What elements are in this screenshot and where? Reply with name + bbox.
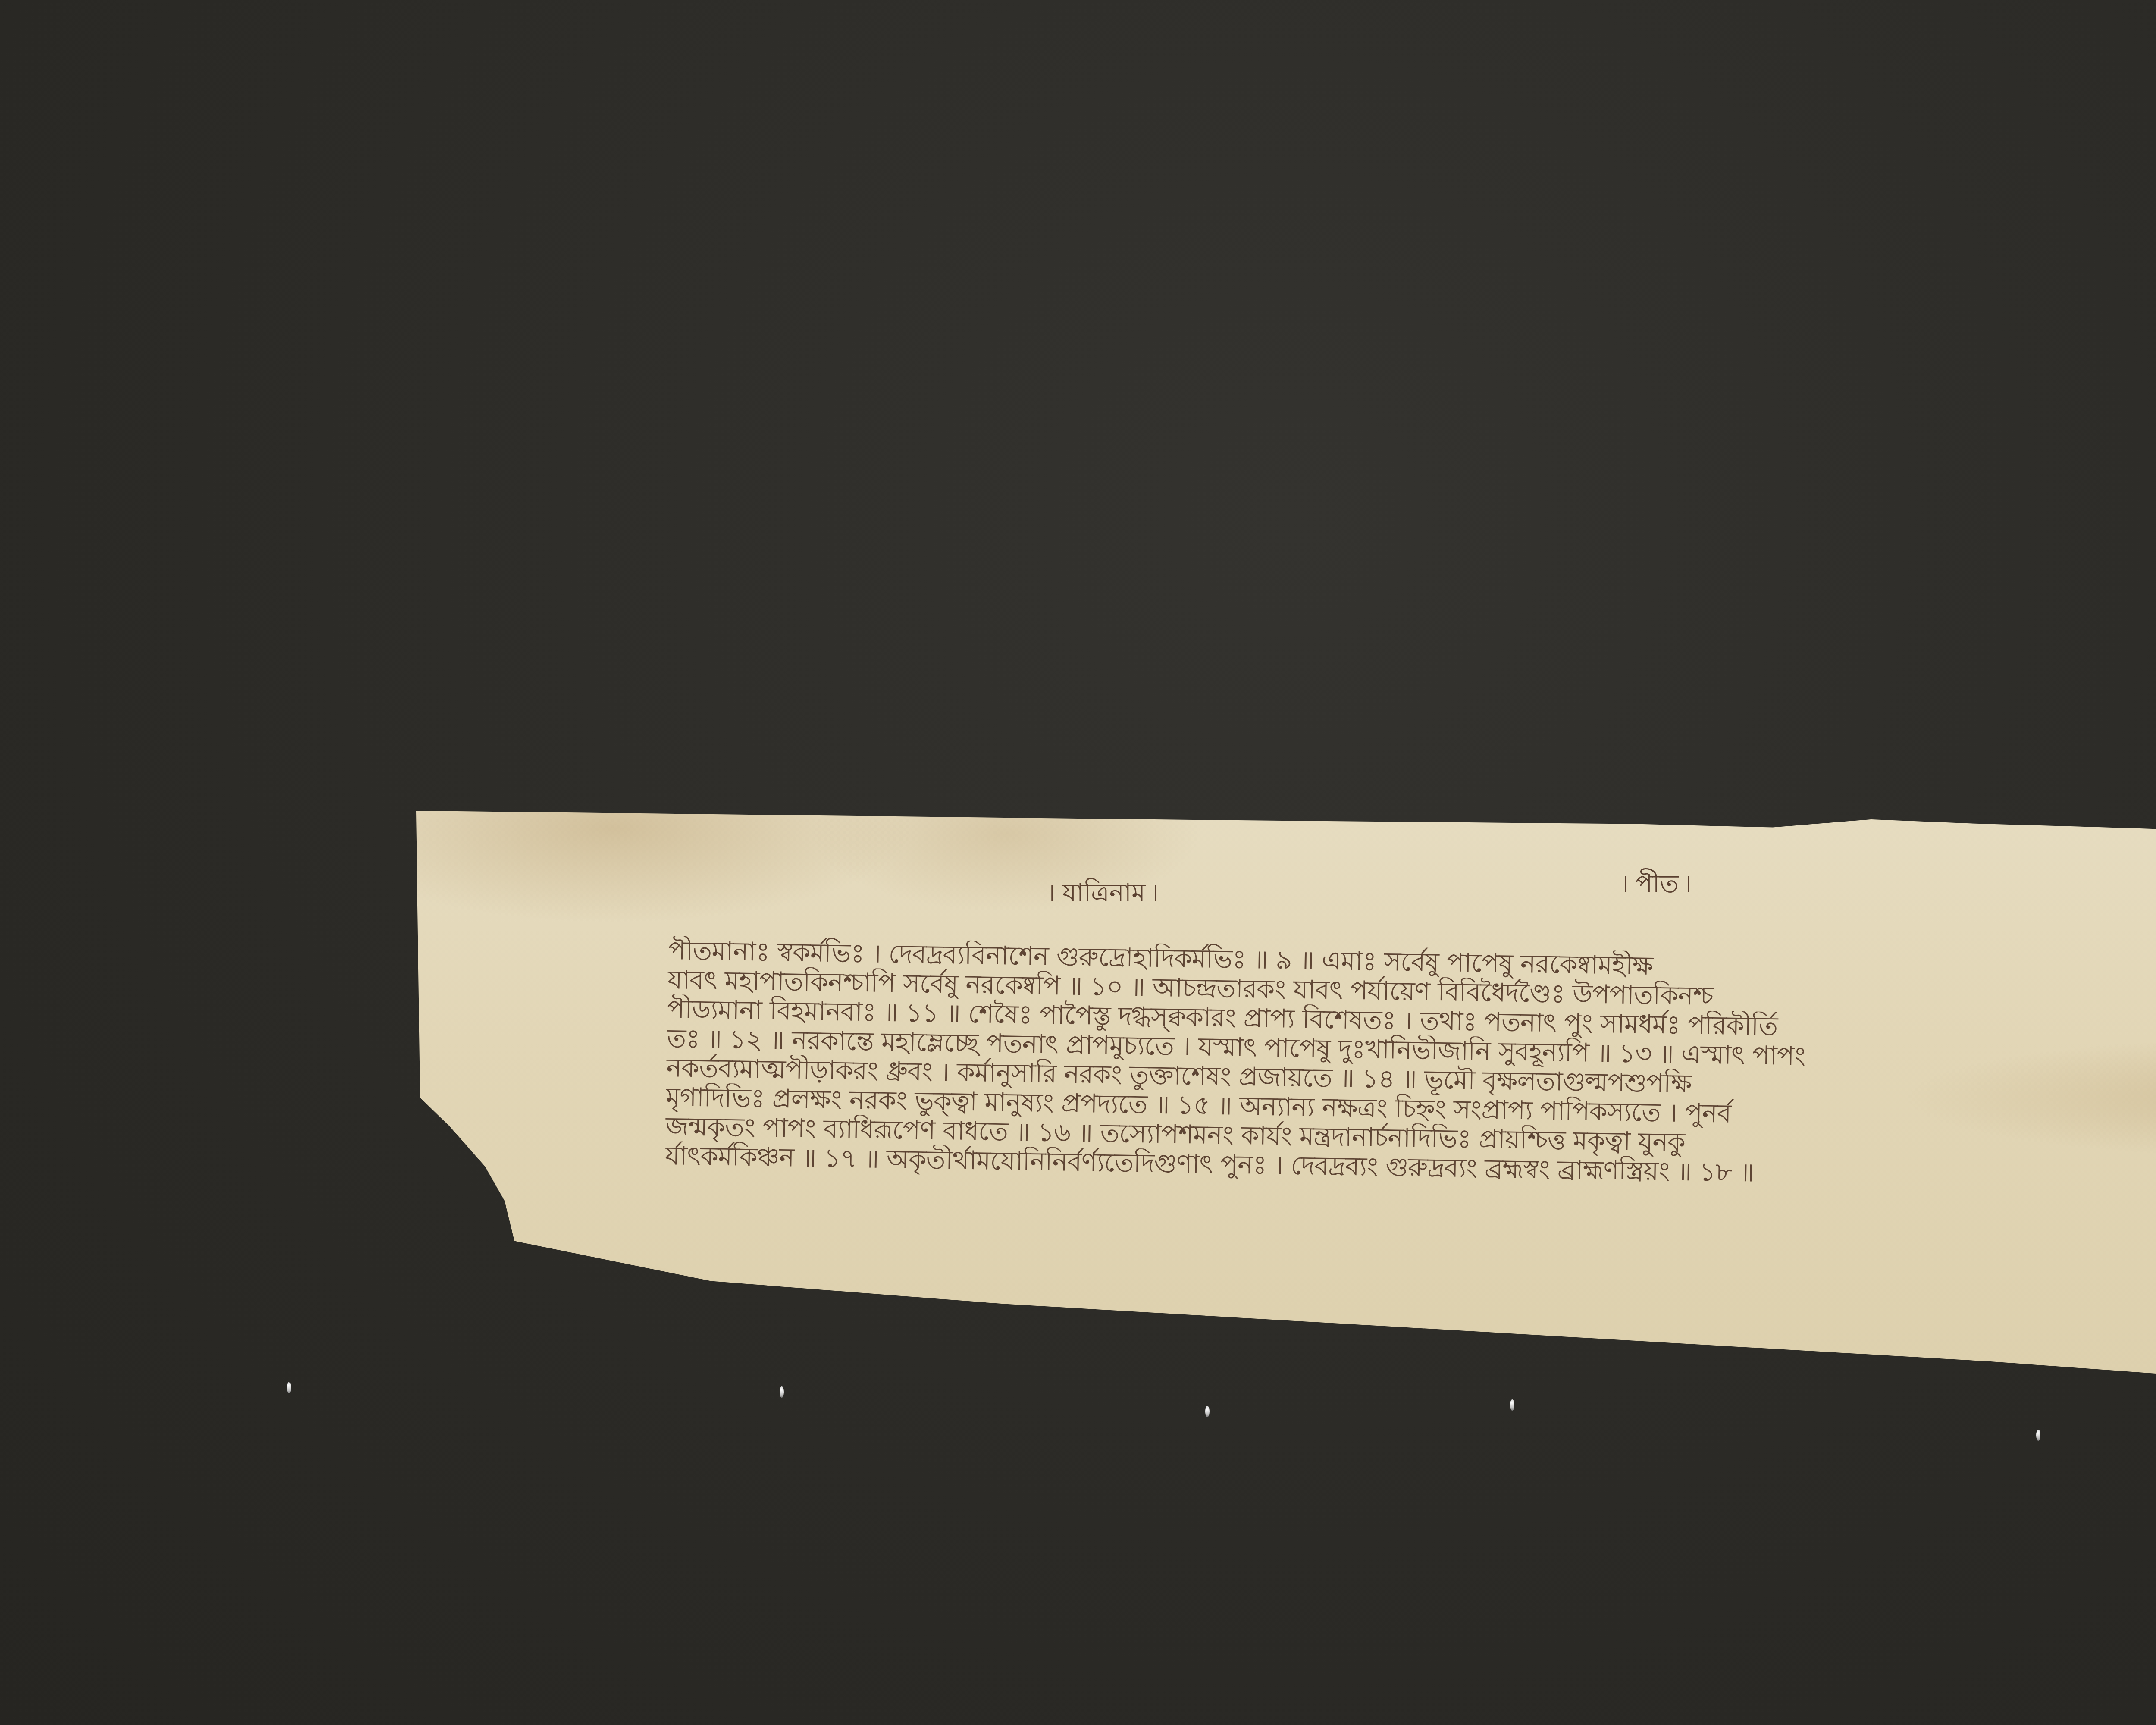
- mounting-pin: [780, 1386, 784, 1398]
- mounting-pin: [287, 1382, 291, 1393]
- folio-heading-right: ৷ পীত ৷: [1623, 865, 1691, 906]
- folio-heading-left: ৷ যাত্রিনাম ৷: [1050, 873, 1157, 915]
- manuscript-text-block: পীতমানাঃ স্বকর্মভিঃ । দেবদ্রব্যবিনাশেন গ…: [664, 936, 2156, 1194]
- mounting-pin: [1510, 1399, 1514, 1411]
- mounting-pin: [1205, 1406, 1210, 1417]
- mounting-pin: [2036, 1430, 2040, 1441]
